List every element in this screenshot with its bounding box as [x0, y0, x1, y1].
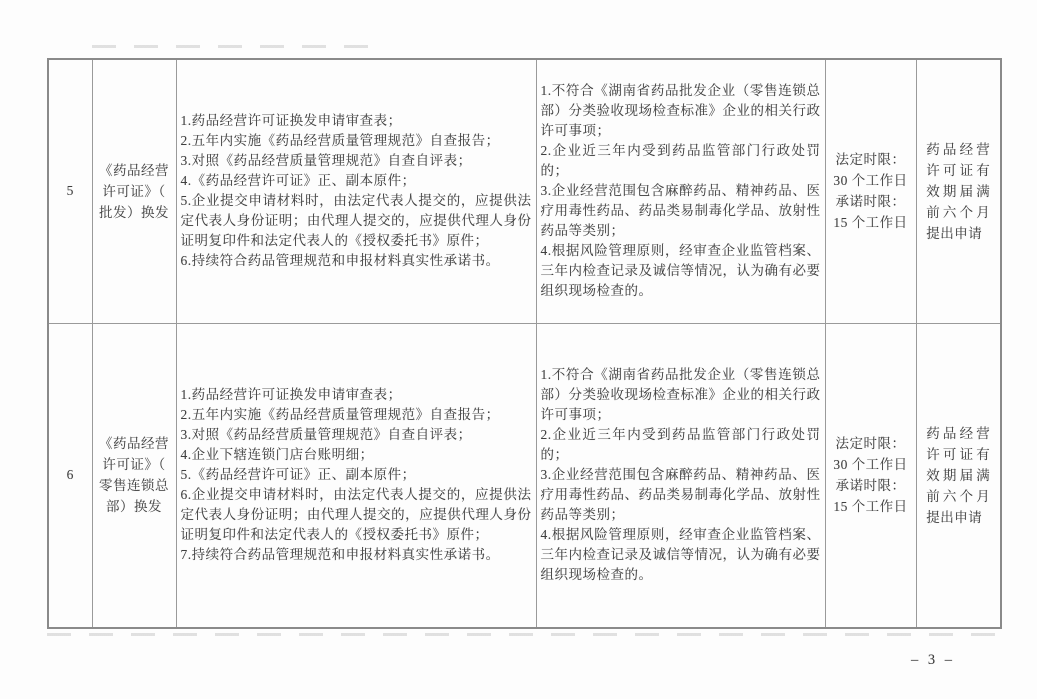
material-item: 4.《药品经营许可证》正、副本原件；: [181, 171, 532, 191]
approval-table-body: 5 《药品经营许可证》（批发）换发 1.药品经营许可证换发申请审查表； 2.五年…: [48, 59, 1001, 628]
item-name: 《药品经营许可证》（零售连锁总部）换发: [97, 433, 172, 517]
promised-time-label: 承诺时限：: [830, 475, 912, 496]
material-item: 2.五年内实施《药品经营质量管理规范》自查报告；: [181, 131, 532, 151]
row-number-cell: 6: [48, 323, 92, 628]
note-cell: 药品经营许可证有效期届满前六个月提出申请: [916, 59, 1001, 323]
condition-item: 4.根据风险管理原则，经审查企业监管档案、三年内检查记录及诚信等情况，认为确有必…: [541, 525, 821, 585]
statutory-time-label: 法定时限：: [830, 433, 912, 454]
material-item: 2.五年内实施《药品经营质量管理规范》自查报告；: [181, 405, 532, 425]
material-item: 7.持续符合药品管理规范和申报材料真实性承诺书。: [181, 545, 532, 565]
materials-cell: 1.药品经营许可证换发申请审查表； 2.五年内实施《药品经营质量管理规范》自查报…: [176, 323, 536, 628]
material-item: 5.《药品经营许可证》正、副本原件；: [181, 465, 532, 485]
material-item: 1.药品经营许可证换发申请审查表；: [181, 385, 532, 405]
row-number-cell: 5: [48, 59, 92, 323]
promised-time-label: 承诺时限：: [830, 191, 912, 212]
condition-item: 4.根据风险管理原则，经审查企业监管档案、三年内检查记录及诚信等情况，认为确有必…: [541, 241, 821, 301]
materials-cell: 1.药品经营许可证换发申请审查表； 2.五年内实施《药品经营质量管理规范》自查报…: [176, 59, 536, 323]
promised-time-value: 15 个工作日: [830, 496, 912, 517]
material-item: 3.对照《药品经营质量管理规范》自查自评表；: [181, 151, 532, 171]
item-name-cell: 《药品经营许可证》（零售连锁总部）换发: [92, 323, 176, 628]
page-number: – 3 –: [893, 652, 973, 669]
row-number: 6: [67, 467, 74, 482]
note-text: 药品经营许可证有效期届满前六个月提出申请: [926, 139, 990, 244]
condition-item: 2.企业近三年内受到药品监管部门行政处罚的；: [541, 141, 821, 181]
scan-artifact-bottom: [47, 633, 997, 636]
item-name: 《药品经营许可证》（批发）换发: [97, 160, 172, 223]
material-item: 6.企业提交申请材料时，由法定代表人提交的，应提供法定代表人身份证明；由代理人提…: [181, 485, 532, 545]
time-limit-cell: 法定时限： 30 个工作日 承诺时限： 15 个工作日: [825, 59, 916, 323]
condition-item: 3.企业经营范围包含麻醉药品、精神药品、医疗用毒性药品、药品类易制毒化学品、放射…: [541, 465, 821, 525]
statutory-time-label: 法定时限：: [830, 149, 912, 170]
time-limit-cell: 法定时限： 30 个工作日 承诺时限： 15 个工作日: [825, 323, 916, 628]
material-item: 1.药品经营许可证换发申请审查表；: [181, 111, 532, 131]
material-item: 5.企业提交申请材料时，由法定代表人提交的，应提供法定代表人身份证明；由代理人提…: [181, 191, 532, 251]
approval-items-table: 5 《药品经营许可证》（批发）换发 1.药品经营许可证换发申请审查表； 2.五年…: [47, 58, 1002, 629]
table-row-6: 6 《药品经营许可证》（零售连锁总部）换发 1.药品经营许可证换发申请审查表； …: [48, 323, 1001, 628]
material-item: 4.企业下辖连锁门店台账明细；: [181, 445, 532, 465]
scan-artifact-top: [92, 45, 372, 48]
condition-item: 1.不符合《湖南省药品批发企业（零售连锁总部）分类验收现场检查标准》企业的相关行…: [541, 365, 821, 425]
conditions-cell: 1.不符合《湖南省药品批发企业（零售连锁总部）分类验收现场检查标准》企业的相关行…: [536, 323, 825, 628]
statutory-time-value: 30 个工作日: [830, 170, 912, 191]
document-page: 5 《药品经营许可证》（批发）换发 1.药品经营许可证换发申请审查表； 2.五年…: [0, 0, 1037, 699]
note-cell: 药品经营许可证有效期届满前六个月提出申请: [916, 323, 1001, 628]
material-item: 3.对照《药品经营质量管理规范》自查自评表；: [181, 425, 532, 445]
conditions-cell: 1.不符合《湖南省药品批发企业（零售连锁总部）分类验收现场检查标准》企业的相关行…: [536, 59, 825, 323]
item-name-cell: 《药品经营许可证》（批发）换发: [92, 59, 176, 323]
statutory-time-value: 30 个工作日: [830, 454, 912, 475]
condition-item: 2.企业近三年内受到药品监管部门行政处罚的；: [541, 425, 821, 465]
condition-item: 3.企业经营范围包含麻醉药品、精神药品、医疗用毒性药品、药品类易制毒化学品、放射…: [541, 181, 821, 241]
table-row-5: 5 《药品经营许可证》（批发）换发 1.药品经营许可证换发申请审查表； 2.五年…: [48, 59, 1001, 323]
promised-time-value: 15 个工作日: [830, 212, 912, 233]
note-text: 药品经营许可证有效期届满前六个月提出申请: [926, 423, 990, 528]
condition-item: 1.不符合《湖南省药品批发企业（零售连锁总部）分类验收现场检查标准》企业的相关行…: [541, 81, 821, 141]
material-item: 6.持续符合药品管理规范和申报材料真实性承诺书。: [181, 251, 532, 271]
row-number: 5: [67, 183, 74, 198]
